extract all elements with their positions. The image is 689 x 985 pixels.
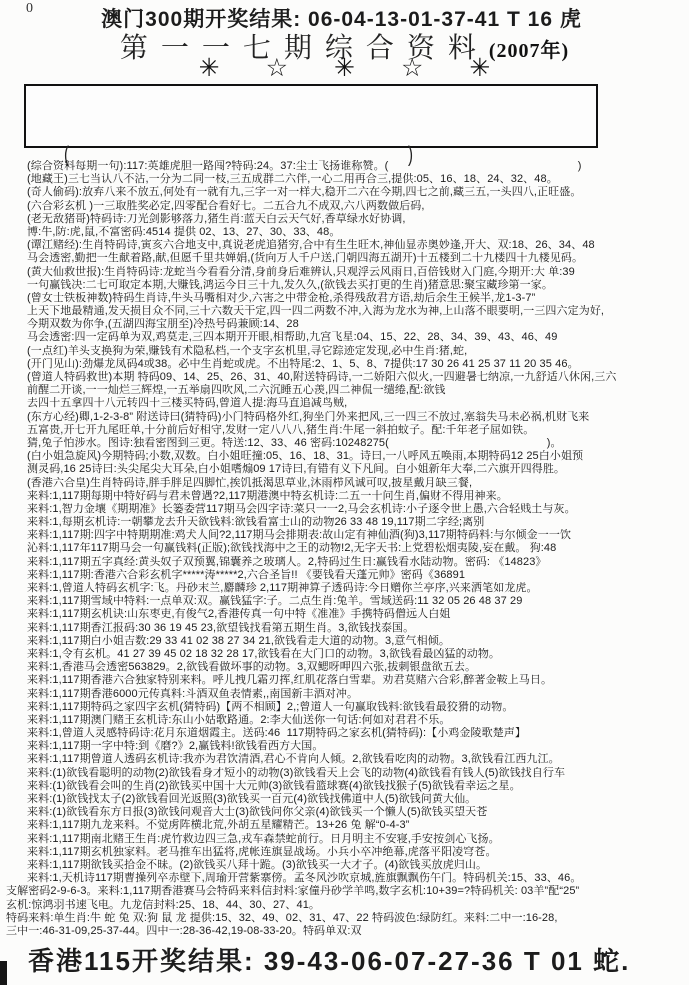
star-icon: ☆ [266,54,288,82]
star-decoration-row: ✳☆✳☆✳ [0,54,689,82]
star-icon: ✳ [199,54,220,82]
tips-text-block: (综合资料每期一句):117:英雄虎胆一路闯?特码:24。37:尘士飞扬谁称赞。… [0,160,689,938]
body-line: 博:牛,防:虎,鼠,不富密码:4514 提供 02、13、27、30、33、48… [27,226,689,239]
body-line: 来料:(1)欲钱看东方日报(3)欲钱问观音大士(3)欲钱问你父亲(4)欲钱买一个… [27,806,689,819]
body-line: 来料:1,令有玄机。41 27 39 45 02 18 32 28 17,欲钱看… [27,648,689,661]
body-line: 三中一:46-31-09,25-37-44。四中一:28-36-42,19-08… [6,925,689,938]
body-line: 支解密码2-9-6-3。来料:1,117期香港赛马会特码来料信封料:家僮丹砂学羊… [6,885,689,898]
body-line: 沁料:1,117年117期马会一句赢钱料(正版);欲钱找海中之王的动物!2,无字… [27,542,689,555]
body-line: 来料:1,117期九龙来料。不觉虏阵横北荒,外胡五星耀精芒。13+26 兔 解“… [27,819,689,832]
body-line: 来料:1,117期欲钱买拾金不昧。(2)欲钱买八拜十跪。(3)欲钱买一大才子。(… [27,859,689,872]
star-icon: ☆ [401,54,423,82]
body-line: 来料:1,117期香港6000元传真料:斗酒双鱼表情素,,南国新丰酒对冲。 [27,688,689,701]
body-line: (白小姐急旋风)今期特码;小数,双数。白小姐旺撞:05、16、18、31。诗曰,… [27,450,689,463]
body-line: 来料:1,117期南北赌王生肖:虎竹救边四三急,戎车森禁蛇前行。日月明主不安寝,… [27,833,689,846]
body-line: (东方心经)卿,1-2-3-8” 附送诗曰(猜特码)小门特码格外红,狗坐门外来把… [27,411,689,424]
body-line: 今期双数为你争,(五湖四海宝朋至)冷热号码兼顾:14、28 [27,318,689,331]
scan-smudge [0,961,7,985]
body-line: 来料:1,117期曾道人透码玄机诗:我亦为君饮清酒,君心不肯向人倾。2,欲钱看吃… [27,753,689,766]
body-line: 来料:1,117期一字中特:到《磨?》2,赢钱料!欲钱看西方大国。 [27,740,689,753]
body-line: 来料:(1)欲钱找太子(2)欲钱看回光返照(3)欲钱买一百元(4)欲钱找佛道中人… [27,793,689,806]
body-line: 来料:(1)欲钱看聪明的动物(2)欲钱看身才短小的动物(3)欲钱看天上会飞的动物… [27,767,689,780]
body-line: (香港六合皇)生肖特码诗,胖手胖足四脚忙,挨饥抵渴思草业,沐雨栉风诚可叹,披星戴… [27,477,689,490]
lottery-info-sheet: 0 澳门300期开奖结果: 06-04-13-01-37-41 T 16 虎 第… [0,0,689,985]
body-line: 来料:(1)欲钱看会叫的生肖(2)欲钱买中国十大元帅(3)欲钱看篮球赛(4)欲钱… [27,780,689,793]
body-line: 来料:1,117期香港六合独家特别来料。呼儿拽几霜刃挥,红肌花落白雪辈。劝君莫赌… [27,674,689,687]
body-line: 来料:1,117期玄机独家料。老马推车出猛将,虎帐连旗显战场。小兵小卒冲绝幕,虎… [27,846,689,859]
body-line: 来料:1,香港马会透密563829。2,欲钱看做坏事的动物。3,双鳃呀呷四六张,… [27,661,689,674]
body-line: 来料:1,117期五字真经:黄头奴子双预翼,锦囊养之玻璃人。2,特码过生日:赢钱… [27,556,689,569]
body-line: (黄大仙救世报):生肖特码诗:龙蛇当今看看分清,身前身后难辨认,只观浮云风雨日,… [27,266,689,279]
blank-box [24,84,598,148]
body-line: 去四十五拿四十八元转四十三楼买特码,曾道人提:海马直追减鸟贼, [27,397,689,410]
body-line: 马会透密:四一定码单为双,鸡莫走,三四本期开开眼,相帮助,九宫飞星:04、15、… [27,331,689,344]
body-line: 来料:1,117期澳门赌王玄机诗:东山小姑歌路通。2:李大仙送你一句话:何如对君… [27,714,689,727]
body-line: 来料:1,117期白小姐吉数:29 33 41 02 38 27 34 21,欲… [27,635,689,648]
body-line: 猜,兔子怕涉水。图诗:独看密图到三更。特送:12、33、46 密码:102482… [27,437,689,450]
body-line: (曾女士铁板神数)特码生肖诗,牛头马嘴相对少,六害之中带金枪,杀得残敌君方语,劫… [27,292,689,305]
body-line: 来料:1,曾道人特码玄机字:飞。丹砂末兰,麝麟珍 2,117期神算子透码诗:今日… [27,582,689,595]
body-line: (谭江赌经):生肖特码诗,寅亥六合地支中,真说老虎追猪穷,合中有生生旺木,神仙显… [27,239,689,252]
body-line: 来料:1,智力金壤《期期准》长篓委营117期马会四字诗:菜只一一2,马会玄机诗:… [27,503,689,516]
body-line: 来料:1,117期:四字中特期期准:鸡犬人间?2,117期马会排期表:故山定有神… [27,529,689,542]
body-line: (地藏王)三七当认八不沾,一分为二同一枝,三五成群二六伴,一心二用再合三,提供:… [27,173,689,186]
body-line: 五富贵,开七开九尾旺单,十分前后好相守,发财一定八八八,猪生肖:牛尾一斜拍蚊子。… [27,424,689,437]
body-line: (曾道人特码救世)本期 特码09、14、25、26、31、40,附送特码诗,一二… [27,371,689,384]
body-line: (综合资料每期一句):117:英雄虎胆一路闯?特码:24。37:尘士飞扬谁称赞。… [27,160,689,173]
body-line: 来料:1,117期特码之家四字玄机(猜特码)【两不相顾】2,;曾道人一句赢取钱料… [27,701,689,714]
body-line: 上天下地最精通,发天损目众不同,三十六数天干定,四一四二两数不冲,入海为龙水为神… [27,305,689,318]
body-line: 测灵码,16 25诗曰:头尖尾尖大耳朵,白小姐嗜煽09 17诗曰,有错有义下凡间… [27,463,689,476]
star-icon: ✳ [469,54,490,82]
body-line: 马会透密,勤把一生献着路,献,但愿千里共婵娟,(货向万人千户送,门朝四海五湖开)… [27,252,689,265]
body-line: (一点红)羊头支换狗为荣,赚钱有术隐私档,一个支字玄机里,寻它踪迹定发现,必中生… [27,345,689,358]
body-line: (老无敌猪哥)特码诗:刀光剑影够落力,猪生肖:蓝天白云天气好,香草绿水好协调, [27,213,689,226]
body-line: 特码来料:单生肖:牛 蛇 兔 双:狗 鼠 龙 提供:15、32、49、02、31… [6,912,689,925]
body-line: 一句赢钱决:二七可取定本期,大赚钱,鸿运今日三十九,发久久,(欲钱去买打更的生肖… [27,279,689,292]
body-line: 来料:1,117期:香港六合彩玄机字*****涛*****2,六合圣旨!! 《要… [27,569,689,582]
body-line: 来料:1,117期每期中特好码与君未曾遇?2,117期港澳中特玄机诗:二五一十问… [27,490,689,503]
star-icon: ✳ [334,54,355,82]
body-line: 玄机:惊鸿羽书速飞电。九龙信封料:25、18、44、30、27、41。 [6,899,689,912]
body-line: 来料:1,117期雪域中特料:一点单双:双。赢钱猛字:子。二点生肖:兔羊。雪域送… [27,595,689,608]
body-line: 来料:1,每期玄机诗:一朝攀龙去升天欲钱料:欲钱看富士山的动物26 33 48 … [27,516,689,529]
hk-result-headline: 香港115开奖结果: 39-43-06-07-27-36 T 01 蛇. [28,941,689,978]
body-line: (奇人偷码):放弃八来不放五,何处有一就有九,三字一对一样大,稳开二六在今期,四… [27,186,689,199]
body-line: 来料:1,曾道人灵感特码诗:花月东道烟霞主。送码:46 117期特码之家玄机(猜… [27,727,689,740]
body-line: (六合彩玄机 )一三取胜奖必定,四零配合看好七。二五合九不成双,六八两数做后码, [27,200,689,213]
body-line: 来料:1,117期香江报码:30 36 19 45 23,欲望钱找看第五期生肖。… [27,622,689,635]
body-line: 前醒二开谈,一一灿烂三辉煌,一五举扇四吹风,二六沉睡五心羡,四二神侃一缱绻,配:… [27,384,689,397]
body-line: 来料:1,天机诗117期曹操列卒赤壁下,周瑜开营紫寨傍。孟冬风沙吹京城,旌旗飘飘… [27,872,689,885]
body-line: (开门见山):劲爆龙凤码4或38。必中生肖蛇或虎。不出特尾:2、1、5、8、7提… [27,358,689,371]
body-line: 来料:1,117期玄机诀:山东枣吏,有俊气2,香港传真一句中特《准准》手携特码僧… [27,608,689,621]
